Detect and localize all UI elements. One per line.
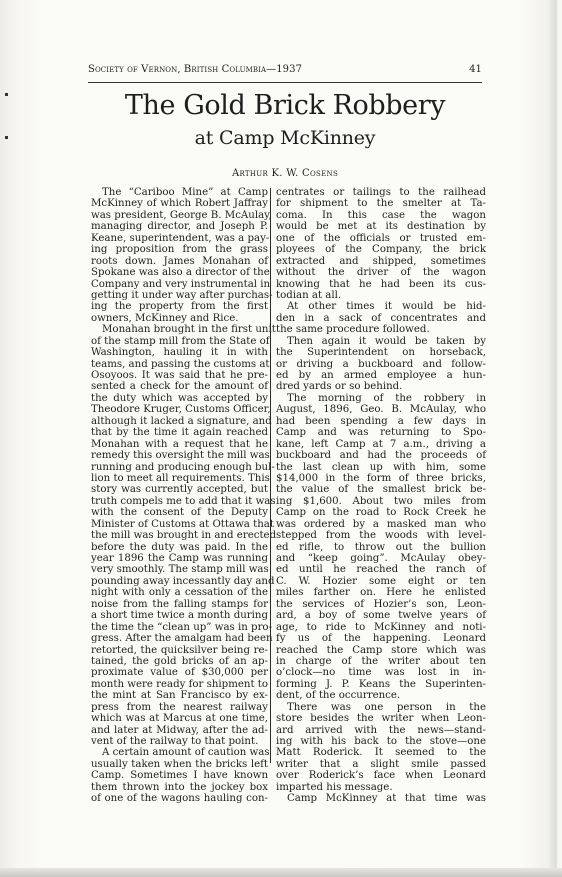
text-line: extracted and shipped, sometimes bbox=[276, 256, 486, 267]
text-line: ing with his back to the stove—one bbox=[276, 736, 486, 747]
text-line: a short time twice a month during bbox=[91, 610, 268, 621]
text-line: ployees of the Company, the brick bbox=[276, 244, 486, 255]
text-line: before the duty was paid. In the bbox=[91, 542, 268, 553]
text-line: Camp on the road to Rock Creek he bbox=[276, 507, 486, 518]
text-line: ed until he reached the ranch of bbox=[276, 564, 486, 575]
text-line: ed rifle, to throw out the bullion bbox=[276, 542, 486, 553]
article-subtitle: at Camp McKinney bbox=[60, 126, 510, 150]
text-line: buckboard and had the proceeds of bbox=[276, 450, 486, 461]
text-line: which was at Marcus at one time, bbox=[91, 713, 268, 724]
text-line: Spokane was also a director of the bbox=[91, 267, 268, 278]
text-line: $14,000 in the form of three bricks, bbox=[276, 473, 486, 484]
text-line: year 1896 the Camp was running bbox=[91, 553, 268, 564]
text-line: managing director, and Joseph P. bbox=[91, 221, 268, 232]
text-line: or driving a buckboard and follow- bbox=[276, 359, 486, 370]
text-line: pounding away incessantly day and bbox=[91, 576, 268, 587]
author-byline: Arthur K. W. Cosens bbox=[60, 168, 510, 179]
text-line: had been spending a few days in bbox=[276, 416, 486, 427]
text-line: Minister of Customs at Ottawa that bbox=[91, 519, 268, 530]
text-line: month were ready for shipment to bbox=[91, 679, 268, 690]
text-line: Keane, superintendent, was a pay- bbox=[91, 233, 268, 244]
text-line: Company and very instrumental in bbox=[91, 279, 268, 290]
text-line: todian at all. bbox=[276, 290, 486, 301]
text-line: The morning of the robbery in bbox=[276, 393, 486, 404]
text-line: although it lacked a signature, and bbox=[91, 416, 268, 427]
text-line: miles farther on. Here he enlisted bbox=[276, 587, 486, 598]
text-line: There was one person in the bbox=[276, 702, 486, 713]
text-line: Camp and was returning to Spo- bbox=[276, 427, 486, 438]
page-bottom-edge bbox=[0, 868, 562, 877]
text-line: very smoothly. The stamp mill was bbox=[91, 564, 268, 575]
text-line: tained, the gold bricks of an ap- bbox=[91, 656, 268, 667]
text-line: Monahan with a request that he bbox=[91, 439, 268, 450]
text-line: A certain amount of caution was bbox=[91, 747, 268, 758]
text-line: fy us of the happening. Leonard bbox=[276, 633, 486, 644]
running-head: Society of Vernon, British Columbia—1937… bbox=[88, 64, 482, 75]
text-line: the mill was brought in and erected bbox=[91, 530, 268, 541]
left-column: The “Cariboo Mine” at CampMcKinney of wh… bbox=[91, 187, 268, 805]
text-line: for shipment to the smelter at Ta- bbox=[276, 198, 486, 209]
text-line: story was currently accepted, but bbox=[91, 484, 268, 495]
text-line: press from the nearest railway bbox=[91, 702, 268, 713]
text-line: in charge of the writer about ten bbox=[276, 656, 486, 667]
text-line: teams, and passing the customs at bbox=[91, 359, 268, 370]
text-line: the time the “clean up” was in pro- bbox=[91, 622, 268, 633]
text-line: without the driver of the wagon bbox=[276, 267, 486, 278]
text-line: ard, a boy of some twelve years of bbox=[276, 610, 486, 621]
text-line: roots down. James Monahan of bbox=[91, 256, 268, 267]
publication-title: Society of Vernon, British Columbia—1937 bbox=[88, 64, 302, 75]
text-line: dred yards or so behind. bbox=[276, 381, 486, 392]
text-line: ard arrived with the news—stand- bbox=[276, 725, 486, 736]
text-line: the last clean up with him, some bbox=[276, 462, 486, 473]
text-line: of one of the wagons hauling con- bbox=[91, 793, 268, 804]
text-line: Monahan brought in the first unit bbox=[91, 324, 268, 335]
text-line: the services of Hozier’s son, Leon- bbox=[276, 599, 486, 610]
text-line: usually taken when the bricks left bbox=[91, 759, 268, 770]
text-line: and “keep going”. McAulay obey- bbox=[276, 553, 486, 564]
text-line: The “Cariboo Mine” at Camp bbox=[91, 187, 268, 198]
text-line: one of the officials or trusted em- bbox=[276, 233, 486, 244]
text-line: remedy this oversight the mill was bbox=[91, 450, 268, 461]
text-line: Camp McKinney at that time was bbox=[276, 793, 486, 804]
text-line: sented a check for the amount of bbox=[91, 381, 268, 392]
text-line: would be met at its destination by bbox=[276, 221, 486, 232]
text-line: the duty which was accepted by bbox=[91, 393, 268, 404]
text-line: over Roderick’s face when Leonard bbox=[276, 770, 486, 781]
text-line: dent, of the occurrence. bbox=[276, 690, 486, 701]
scanned-page: Society of Vernon, British Columbia—1937… bbox=[0, 0, 562, 877]
text-line: and later at Midway, after the ad- bbox=[91, 725, 268, 736]
text-line: that by the time it again reached bbox=[91, 427, 268, 438]
text-line: ing $1,600. About two miles from bbox=[276, 496, 486, 507]
text-line: the value of the smallest brick be- bbox=[276, 484, 486, 495]
right-column: centrates or tailings to the railheadfor… bbox=[276, 187, 486, 805]
text-line: Camp. Sometimes I have known bbox=[91, 770, 268, 781]
text-line: age, to ride to McKinney and noti- bbox=[276, 622, 486, 633]
text-line: them thrown into the jockey box bbox=[91, 782, 268, 793]
text-line: kane, left Camp at 7 a.m., driving a bbox=[276, 439, 486, 450]
text-line: McKinney of which Robert Jaffray bbox=[91, 198, 268, 209]
column-divider bbox=[270, 188, 271, 763]
margin-mark bbox=[5, 136, 8, 139]
text-line: gress. After the amalgam had been bbox=[91, 633, 268, 644]
text-line: store besides the writer when Leon- bbox=[276, 713, 486, 724]
text-line: Matt Roderick. It seemed to the bbox=[276, 747, 486, 758]
text-line: the Superintendent on horseback, bbox=[276, 347, 486, 358]
text-line: ing proposition from the grass bbox=[91, 244, 268, 255]
text-line: lion to meet all requirements. This bbox=[91, 473, 268, 484]
text-line: of the stamp mill from the State of bbox=[91, 336, 268, 347]
text-line: retorted, the quicksilver being re- bbox=[91, 645, 268, 656]
text-line: reached the Camp store which was bbox=[276, 645, 486, 656]
text-line: with the consent of the Deputy bbox=[91, 507, 268, 518]
text-line: Then again it would be taken by bbox=[276, 336, 486, 347]
text-line: writer that a slight smile passed bbox=[276, 759, 486, 770]
article-title: The Gold Brick Robbery bbox=[60, 90, 510, 122]
text-line: was president, George B. McAulay, bbox=[91, 210, 268, 221]
text-line: noise from the falling stamps for bbox=[91, 599, 268, 610]
text-line: August, 1896, Geo. B. McAulay, who bbox=[276, 404, 486, 415]
text-line: Theodore Kruger, Customs Officer, bbox=[91, 404, 268, 415]
text-line: o’clock—no time was lost in in- bbox=[276, 667, 486, 678]
text-line: Washington, hauling it in with bbox=[91, 347, 268, 358]
text-line: ing the property from the first bbox=[91, 301, 268, 312]
text-line: truth compels me to add that it was bbox=[91, 496, 268, 507]
text-line: ed by an armed employee a hun- bbox=[276, 370, 486, 381]
text-line: running and producing enough bul- bbox=[91, 462, 268, 473]
text-line: getting it under way after purchas- bbox=[91, 290, 268, 301]
text-line: imparted his message. bbox=[276, 782, 486, 793]
text-line: forming J. P. Keans the Superinten- bbox=[276, 679, 486, 690]
text-line: was ordered by a masked man who bbox=[276, 519, 486, 530]
text-line: night with only a cessation of the bbox=[91, 587, 268, 598]
text-line: At other times it would be hid- bbox=[276, 301, 486, 312]
text-line: vent of the railway to that point. bbox=[91, 736, 268, 747]
text-line: Osoyoos. It was said that he pre- bbox=[91, 370, 268, 381]
text-line: C. W. Hozier some eight or ten bbox=[276, 576, 486, 587]
text-line: coma. In this case the wagon bbox=[276, 210, 486, 221]
text-line: the same procedure followed. bbox=[276, 324, 486, 335]
text-line: centrates or tailings to the railhead bbox=[276, 187, 486, 198]
text-line: stepped from the woods with level- bbox=[276, 530, 486, 541]
page-number: 41 bbox=[469, 64, 482, 75]
text-line: knowing that he had been its cus- bbox=[276, 279, 486, 290]
text-line: owners, McKinney and Rice. bbox=[91, 313, 268, 324]
header-rule bbox=[88, 82, 482, 83]
text-line: proximate value of $30,000 per bbox=[91, 667, 268, 678]
text-line: den in a sack of concentrates and bbox=[276, 313, 486, 324]
margin-mark bbox=[5, 93, 8, 96]
text-line: the mint at San Francisco by ex- bbox=[91, 690, 268, 701]
